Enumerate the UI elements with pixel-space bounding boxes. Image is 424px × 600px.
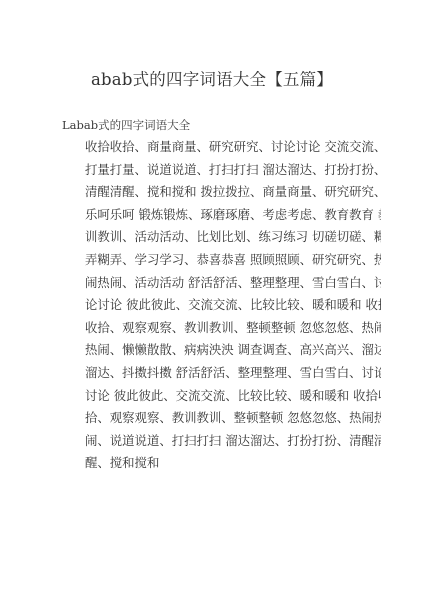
body-line: 醒、搅和搅和 [85, 452, 381, 475]
body-line: 拾、观察观察、教训教训、整顿整顿 忽悠忽悠、热闹热 [85, 407, 381, 430]
section-heading: Labab式的四字词语大全 [62, 116, 190, 134]
body-line: 训教训、活动活动、比划比划、练习练习 切磋切磋、糊 [85, 226, 381, 249]
body-line: 收拾、观察观察、教训教训、整顿整顿 忽悠忽悠、热闹 [85, 317, 381, 340]
body-line: 论讨论 彼此彼此、交流交流、比较比较、暖和暖和 收拾 [85, 294, 381, 317]
body-line: 弄糊弄、学习学习、恭喜恭喜 照顾照顾、研究研究、热 [85, 249, 381, 272]
body-line: 闹、说道说道、打扫打扫 溜达溜达、打扮打扮、清醒清 [85, 430, 381, 453]
body-line: 清醒清醒、搅和搅和 拨拉拨拉、商量商量、研究研究、 [85, 181, 381, 204]
body-line: 溜达、抖擞抖擞 舒活舒活、整理整理、雪白雪白、讨论 [85, 362, 381, 385]
body-line: 打量打量、说道说道、打扫打扫 溜达溜达、打扮打扮、 [85, 159, 381, 182]
body-paragraph: 收拾收拾、商量商量、研究研究、讨论讨论 交流交流、 打量打量、说道说道、打扫打扫… [85, 136, 381, 475]
body-line: 热闹、懒懒散散、病病泱泱 调查调查、高兴高兴、溜达 [85, 339, 381, 362]
body-line: 讨论 彼此彼此、交流交流、比较比较、暖和暖和 收拾收 [85, 385, 381, 408]
document-title: abab式的四字词语大全【五篇】 [0, 69, 424, 91]
body-line: 收拾收拾、商量商量、研究研究、讨论讨论 交流交流、 [85, 136, 381, 159]
body-line: 闹热闹、活动活动 舒活舒活、整理整理、雪白雪白、讨 [85, 272, 381, 295]
document-page: abab式的四字词语大全【五篇】 Labab式的四字词语大全 收拾收拾、商量商量… [0, 0, 424, 600]
body-line: 乐呵乐呵 锻炼锻炼、琢磨琢磨、考虑考虑、教育教育 教 [85, 204, 381, 227]
